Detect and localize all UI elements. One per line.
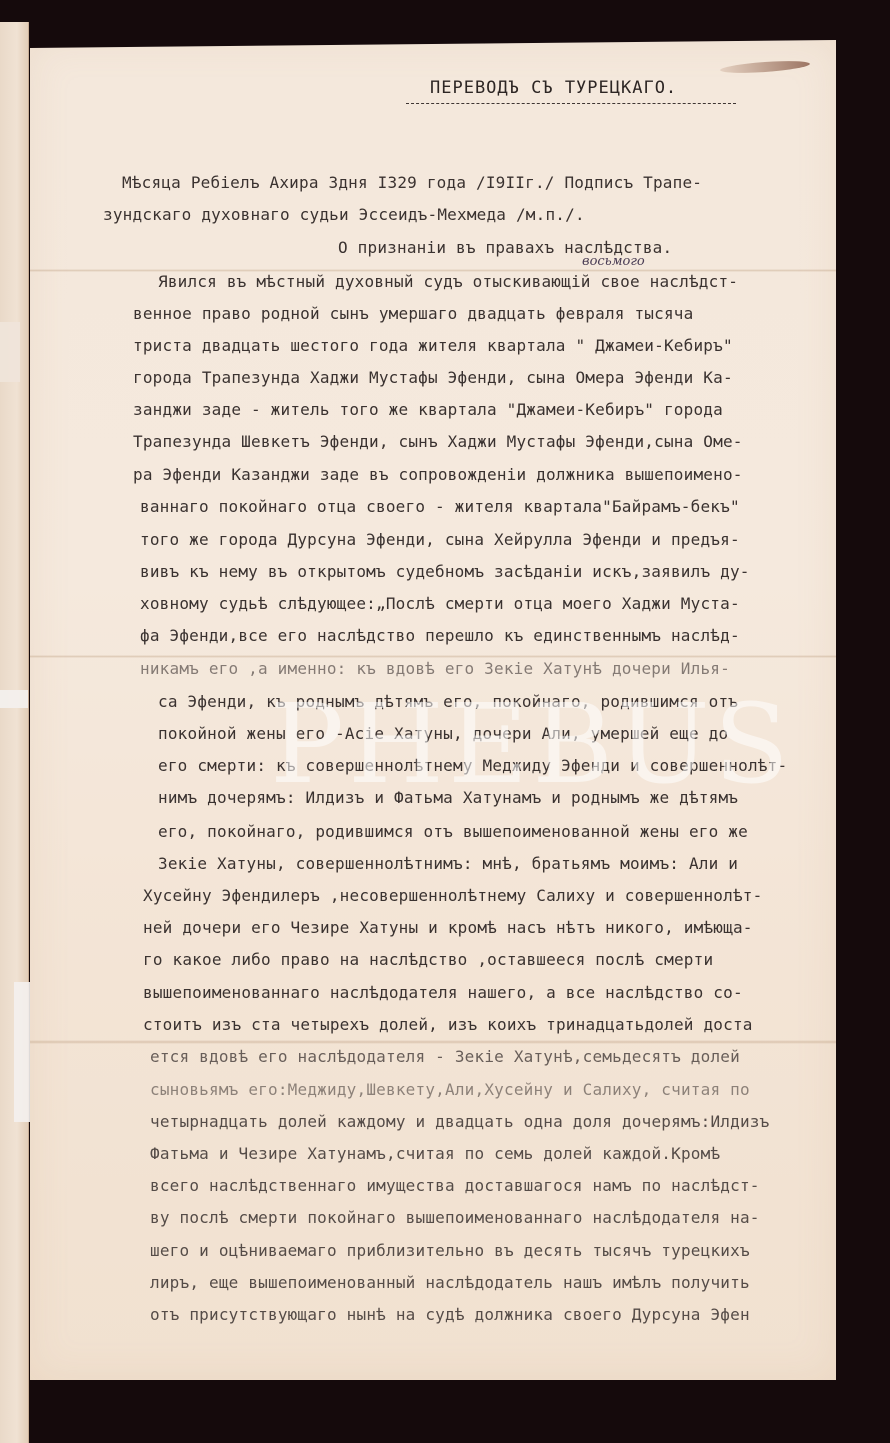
document-line: сыновьямъ его:Меджиду,Шевкету,Али,Хусейн… xyxy=(150,1080,750,1099)
document-line: Зекiе Хатуны, совершеннолѣтнимъ: мнѣ, бр… xyxy=(158,854,738,873)
document-line: ней дочери его Чезире Хатуны и кромѣ нас… xyxy=(143,918,753,937)
document-line: Фатьма и Чезире Хатунамъ,считая по семь … xyxy=(150,1144,720,1163)
document-line: того же города Дурсуна Эфенди, сына Хейр… xyxy=(140,530,740,549)
paper-fold xyxy=(30,655,836,658)
tape-strip xyxy=(0,322,20,382)
document-line: стоитъ изъ ста четырехъ долей, изъ коихъ… xyxy=(143,1015,753,1034)
document-line: ра Эфенди Казанджи заде въ сопровожденiи… xyxy=(133,465,743,484)
document-line: ется вдовѣ его наслѣдодателя - Зекiе Хат… xyxy=(150,1047,740,1066)
document-line: всего наслѣдственнаго имущества доставша… xyxy=(150,1176,760,1195)
document-line: покойной жены его -Асiе Хатуны, дочери А… xyxy=(158,724,728,743)
document-line: са Эфенди, къ роднымъ дѣтямъ его, покойн… xyxy=(158,692,738,711)
document-line: вышепоименованнаго наслѣдодателя нашего,… xyxy=(143,983,743,1002)
document-line: венное право родной сынъ умершаго двадца… xyxy=(133,304,693,323)
document-line: занджи заде - житель того же квартала "Д… xyxy=(133,400,723,419)
document-line: вивъ къ нему въ открытомъ судебномъ засѣ… xyxy=(140,562,750,581)
document-line: лиръ, еще вышепоименованный наслѣдодател… xyxy=(150,1273,750,1292)
document-line: четырнадцать долей каждому и двадцать од… xyxy=(150,1112,769,1131)
document-line: города Трапезунда Хаджи Мустафы Эфенди, … xyxy=(133,368,733,387)
document-line: триста двадцать шестого года жителя квар… xyxy=(133,336,733,355)
document-line: шего и оцѣниваемаго приблизительно въ де… xyxy=(150,1241,750,1260)
document-line: ваннаго покойнаго отца своего - жителя к… xyxy=(140,497,740,516)
document-line: зундскаго духовнаго судьи Эссеидъ-Мехмед… xyxy=(103,205,585,224)
ink-stain xyxy=(720,59,810,75)
document-line: Хусейну Эфендилеръ ,несовершеннолѣтнему … xyxy=(143,886,762,905)
document-line: Мѣсяца Ребiелъ Ахира 3дня I329 года /I9I… xyxy=(122,173,702,192)
document-line: фа Эфенди,все его наслѣдство перешло къ … xyxy=(140,626,740,645)
document-line: го какое либо право на наслѣдство ,остав… xyxy=(143,950,713,969)
adjacent-page-edge xyxy=(0,22,29,1443)
document-line: его смерти: къ совершеннолѣтнему Меджиду… xyxy=(158,756,787,775)
title-underline xyxy=(406,103,736,104)
document-line: ховному судьѣ слѣдующее:„Послѣ смерти от… xyxy=(140,594,740,613)
document-line: никамъ его ,а именно: къ вдовѣ его Зекiе… xyxy=(140,659,730,678)
document-line: Явился въ мѣстный духовный судъ отыскива… xyxy=(158,272,738,291)
document-title: ПЕРЕВОДЪ СЪ ТУРЕЦКАГО. xyxy=(430,78,677,98)
document-line: нимъ дочерямъ: Илдизъ и Фатьма Хатунамъ … xyxy=(158,788,738,807)
document-line: ву послѣ смерти покойнаго вышепоименован… xyxy=(150,1208,760,1227)
document-line: отъ присутствующаго нынѣ на судѣ должник… xyxy=(150,1305,750,1324)
document-line: Трапезунда Шевкетъ Эфенди, сынъ Хаджи Му… xyxy=(133,432,743,451)
paper-fold xyxy=(30,1040,836,1044)
document-line: его, покойнаго, родившимся отъ вышепоиме… xyxy=(158,822,748,841)
handwritten-insertion: восьмого xyxy=(582,254,645,269)
tape-strip xyxy=(0,690,28,708)
